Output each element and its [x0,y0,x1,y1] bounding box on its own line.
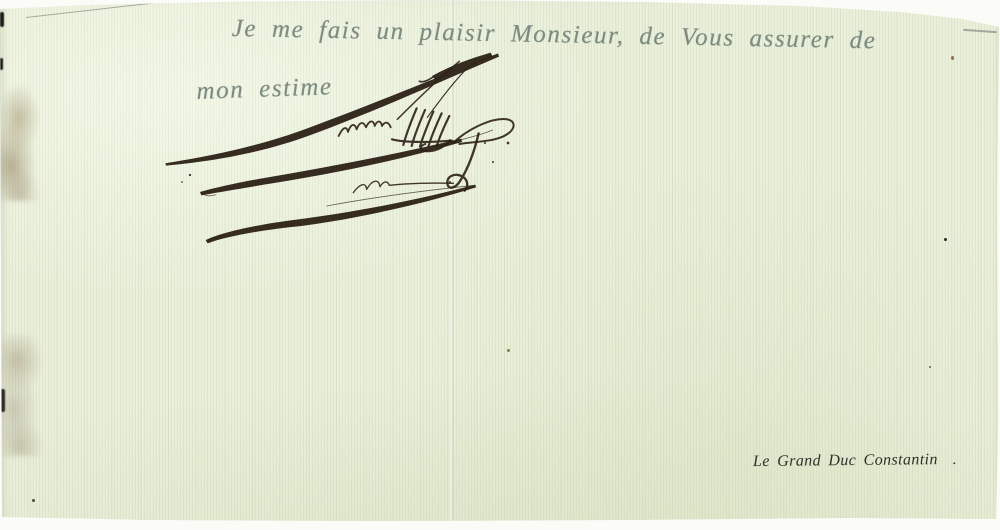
ink-speck [951,56,954,60]
edge-mark [0,58,3,70]
stain-top-left [0,83,40,201]
signature-letters-lower [353,181,453,193]
edge-mark [0,12,4,27]
stain-bottom-left [0,334,44,456]
ink-speck [507,349,510,352]
signature-ink-dots [181,142,509,183]
pencil-stroke [26,1,169,18]
edge-mark [0,389,5,412]
ink-speck [944,238,947,241]
pen-dash-top-right [963,29,997,33]
ink-speck [929,366,931,368]
signature-letters-hatch [392,108,452,146]
signature-loop [453,119,513,144]
ink-speck [32,499,35,502]
scanned-letter: Je me fais un plaisir Monsieur, de Vous … [0,0,1000,530]
signature-letters-humps [339,121,391,136]
attribution-note: Le Grand Duc Constantin . [753,451,957,471]
signature-underline-middle [200,139,462,196]
constantin-signature [140,40,580,260]
letter-paper: Je me fais un plaisir Monsieur, de Vous … [0,0,1000,530]
signature-cross-flourish [432,53,493,80]
signature-underline-bottom [206,185,476,244]
